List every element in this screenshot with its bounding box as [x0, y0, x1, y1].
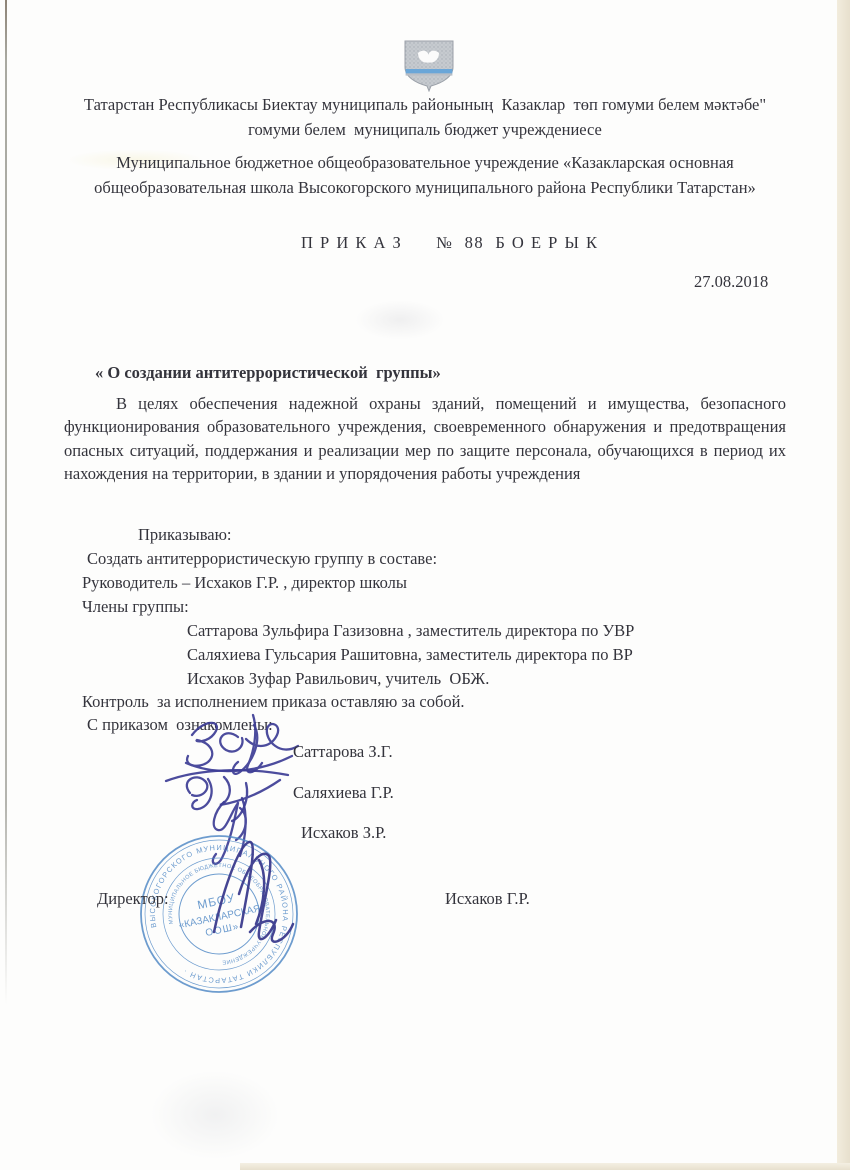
order-date: 27.08.2018 — [694, 270, 768, 293]
org-name-tatar: Татарстан Республикасы Биектау муниципал… — [64, 92, 786, 142]
acknowledged-label: С приказом ознакомлены: — [87, 713, 273, 736]
scanned-order-document: Татарстан Республикасы Биектау муниципал… — [0, 0, 850, 1170]
signatory-name: Саляхиева Г.Р. — [293, 781, 394, 804]
scan-edge-bottom — [240, 1163, 850, 1170]
school-round-stamp: ВЫСОКОГОРСКОГО МУНИЦИПАЛЬНОГО РАЙОНА РЕС… — [138, 833, 300, 995]
scan-smudge — [355, 300, 445, 340]
resolution-line: Руководитель – Исхаков Г.Р. , директор ш… — [82, 571, 407, 594]
order-subject: « О создании антитеррористической группы… — [95, 361, 441, 384]
order-number-line: П Р И К А З № 88 Б О Е Р Ы К — [301, 231, 598, 254]
scan-edge-right — [837, 0, 850, 1170]
resolution-label: Приказываю: — [138, 523, 232, 546]
member-line: Исхаков Зуфар Равильович, учитель ОБЖ. — [187, 667, 489, 690]
org-name-russian: Муниципальное бюджетное общеобразователь… — [64, 150, 786, 200]
director-label: Директор: — [97, 887, 169, 910]
signatory-name: Саттарова З.Г. — [293, 740, 393, 763]
director-name: Исхаков Г.Р. — [445, 887, 530, 910]
scan-edge-left-line — [5, 0, 7, 1005]
order-preamble: В целях обеспечения надежной охраны здан… — [64, 392, 786, 486]
district-coat-of-arms-icon — [401, 38, 457, 92]
scan-smudge — [150, 1070, 280, 1160]
control-line: Контроль за исполнением приказа оставляю… — [82, 690, 465, 713]
signatory-name: Исхаков З.Р. — [301, 821, 386, 844]
resolution-line: Создать антитеррористическую группу в со… — [87, 547, 437, 570]
member-line: Саляхиева Гульсария Рашитовна, заместите… — [187, 643, 633, 666]
resolution-line: Члены группы: — [82, 595, 189, 618]
member-line: Саттарова Зульфира Газизовна , заместите… — [187, 619, 634, 642]
